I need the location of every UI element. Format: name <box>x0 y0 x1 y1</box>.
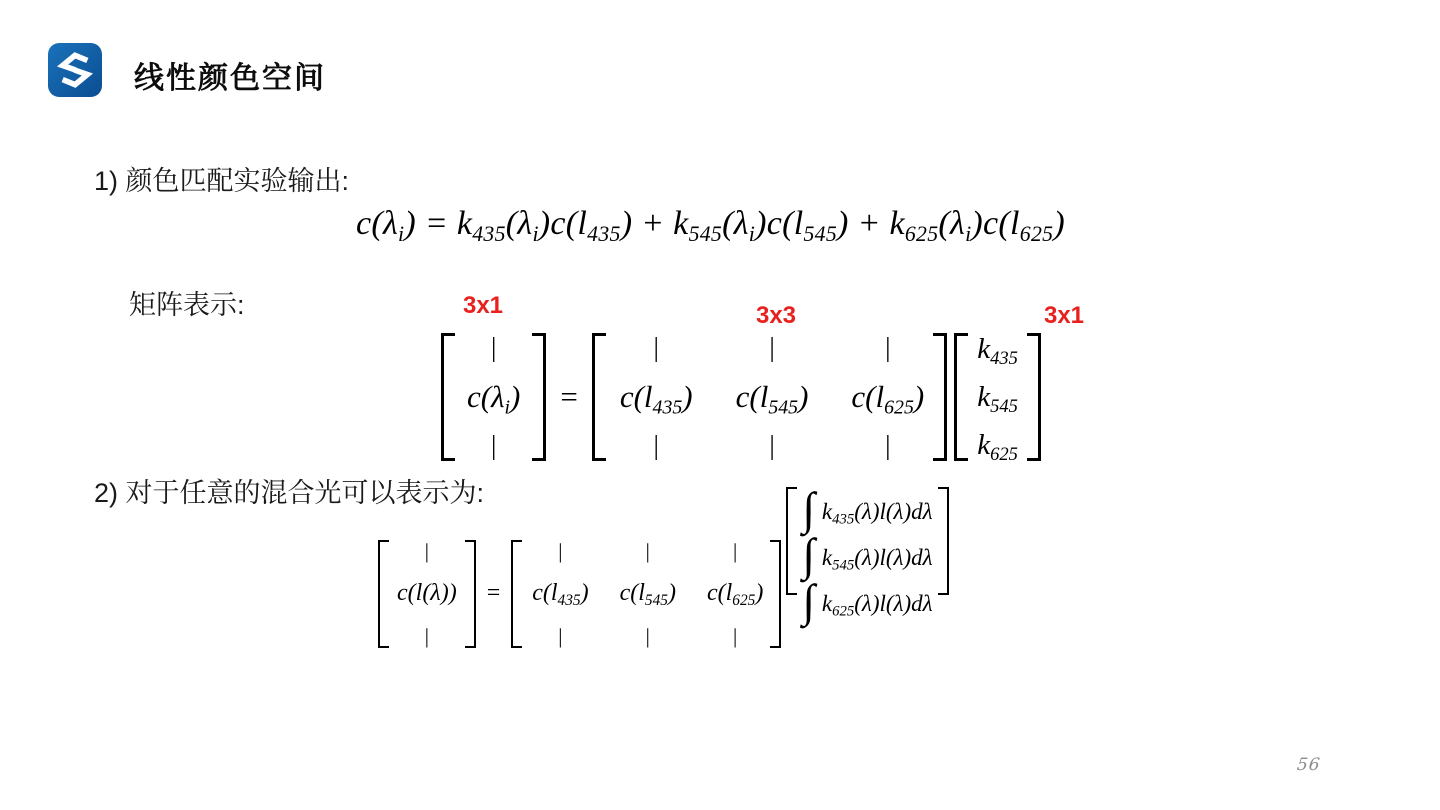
column-bar: | <box>769 435 774 457</box>
entry-text: ) <box>755 580 763 606</box>
integrand: k545(λ)l(λ)dλ <box>822 545 933 571</box>
page-number: 56 <box>1296 755 1322 775</box>
column-bar: | <box>654 435 659 457</box>
matrix-entry: c(l625) <box>851 379 924 415</box>
column-bar: | <box>491 435 496 457</box>
entry-sub: 435 <box>558 592 581 609</box>
formula-token: ) = k <box>404 205 472 242</box>
entry-text: ) <box>914 379 924 414</box>
formula-sub: 545 <box>689 222 723 246</box>
equals-sign: = <box>487 580 501 607</box>
column-bar: | <box>733 543 737 560</box>
slide: 线性颜色空间 1) 颜色匹配实验输出: c(λi) = k435(λi)c(l4… <box>0 0 1440 810</box>
column-bar: | <box>558 543 562 560</box>
entry-sub: 625 <box>990 444 1018 465</box>
formula-token: ) <box>1053 205 1065 242</box>
entry-text: k <box>977 333 990 365</box>
entry-text: ) <box>668 580 676 606</box>
formula-token: (λ <box>722 205 749 242</box>
entry-text: (λ)l(λ)dλ <box>854 545 932 570</box>
entry-text: k <box>822 591 832 616</box>
right-bracket <box>938 487 949 595</box>
matrix-equation-2: | c(l(λ)) | = | c(l435) | | c(l545) | <box>378 487 949 700</box>
left-bracket <box>511 540 522 648</box>
entry-text: ) <box>581 580 589 606</box>
entry-text: c(l <box>736 379 769 414</box>
formula-token: )c(l <box>539 205 587 242</box>
entry-text: (λ)l(λ)dλ <box>854 499 932 524</box>
entry-sub: 545 <box>645 592 668 609</box>
color-matching-formula: c(λi) = k435(λi)c(l435) + k545(λi)c(l545… <box>356 205 1065 243</box>
s-cube-logo-icon <box>48 43 102 97</box>
column-bar: | <box>769 337 774 359</box>
formula-sub: 625 <box>1020 222 1054 246</box>
column-bar: | <box>885 435 890 457</box>
column-bar: | <box>733 628 737 645</box>
entry-text: c(l <box>851 379 884 414</box>
entry-text: k <box>822 499 832 524</box>
matrix-column: | c(l545) | <box>736 337 809 457</box>
column-bar: | <box>491 337 496 359</box>
formula-token: ) + k <box>837 205 905 242</box>
matrix-entry: c(λi) <box>467 379 520 415</box>
lhs-vector: | c(λi) | <box>441 333 546 461</box>
matrix-entry: c(l435) <box>532 580 588 607</box>
k-vector: k435 k545 k625 <box>954 333 1041 461</box>
formula-sub: 435 <box>587 222 621 246</box>
left-bracket <box>441 333 455 461</box>
formula-sub: 545 <box>803 222 837 246</box>
lhs-vector: | c(l(λ)) | <box>378 540 476 648</box>
matrix-representation-label: 矩阵表示: <box>129 283 245 322</box>
right-bracket <box>1027 333 1041 461</box>
entry-sub: 625 <box>732 592 755 609</box>
matrix-column: | c(l625) | <box>707 543 763 645</box>
entry-text: c(l <box>620 379 653 414</box>
left-bracket <box>592 333 606 461</box>
left-bracket <box>378 540 389 648</box>
integral-row: ∫ k545(λ)l(λ)dλ <box>802 535 932 581</box>
primaries-matrix: | c(l435) | | c(l545) | | c(l625) | <box>592 333 947 461</box>
matrix-entry: c(l(λ)) <box>397 580 457 607</box>
integrand: k435(λ)l(λ)dλ <box>822 499 933 525</box>
page-title: 线性颜色空间 <box>134 53 326 97</box>
right-bracket <box>532 333 546 461</box>
matrix-entry: k435 <box>977 334 1018 364</box>
item-1-label: 1) 颜色匹配实验输出: <box>94 159 349 198</box>
matrix-entry: c(l435) <box>620 379 693 415</box>
formula-token: ) + k <box>621 205 689 242</box>
entry-sub: 545 <box>990 396 1018 417</box>
matrix-entry: k625 <box>977 430 1018 460</box>
formula-token: )c(l <box>971 205 1019 242</box>
column-bar: | <box>558 628 562 645</box>
column-bar: | <box>885 337 890 359</box>
matrix-column: | c(l545) | <box>620 543 676 645</box>
entry-text: k <box>977 381 990 413</box>
matrix-entry: c(l545) <box>736 379 809 415</box>
formula-token: )c(l <box>755 205 803 242</box>
matrix-entry: c(l545) <box>620 580 676 607</box>
formula-token: (λ <box>938 205 965 242</box>
column-bar: | <box>425 543 429 560</box>
column-bar: | <box>646 628 650 645</box>
matrix-column: | c(l435) | <box>532 543 588 645</box>
primaries-matrix: | c(l435) | | c(l545) | | c(l625) | <box>511 540 781 648</box>
entry-text: (λ)l(λ)dλ <box>854 591 932 616</box>
entry-sub: 545 <box>768 396 798 418</box>
formula-sub: 435 <box>472 222 506 246</box>
right-bracket <box>465 540 476 648</box>
entry-sub: 545 <box>832 558 854 574</box>
formula-token: (λ <box>506 205 533 242</box>
entry-sub: 435 <box>653 396 683 418</box>
integral-sign: ∫ <box>802 532 815 578</box>
integral-row: ∫ k435(λ)l(λ)dλ <box>802 489 932 535</box>
dim-label-3x1-left: 3x1 <box>463 292 503 320</box>
integral-sign: ∫ <box>802 486 815 532</box>
equals-sign: = <box>560 379 577 415</box>
entry-sub: 435 <box>990 348 1018 369</box>
entry-sub: 625 <box>884 396 914 418</box>
matrix-column: | c(l435) | <box>620 337 693 457</box>
entry-text: k <box>822 545 832 570</box>
right-bracket <box>770 540 781 648</box>
formula-sub: 625 <box>905 222 939 246</box>
column-bar: | <box>654 337 659 359</box>
matrix-entry: k545 <box>977 382 1018 412</box>
entry-text: c(l <box>532 580 557 606</box>
left-bracket <box>954 333 968 461</box>
entry-text: ) <box>798 379 808 414</box>
column-bar: | <box>425 628 429 645</box>
integral-vector: ∫ k435(λ)l(λ)dλ ∫ k545(λ)l(λ)dλ ∫ k625(λ… <box>786 487 948 595</box>
entry-sub: 625 <box>832 604 854 620</box>
right-bracket <box>933 333 947 461</box>
integral-row: ∫ k625(λ)l(λ)dλ <box>802 581 932 627</box>
dim-label-3x1-right: 3x1 <box>1044 302 1084 330</box>
entry-text: ) <box>510 379 520 414</box>
entry-text: c(λ <box>467 379 505 414</box>
matrix-equation-1: | c(λi) | = | c(l435) | | c(l545) | <box>441 333 1041 461</box>
entry-text: ) <box>682 379 692 414</box>
entry-text: c(l <box>620 580 645 606</box>
entry-text: k <box>977 429 990 461</box>
entry-text: c(l <box>707 580 732 606</box>
entry-sub: 435 <box>832 512 854 528</box>
integral-sign: ∫ <box>802 578 815 624</box>
formula-token: c(λ <box>356 205 398 242</box>
column-bar: | <box>646 543 650 560</box>
matrix-column: | c(l625) | <box>851 337 924 457</box>
matrix-entry: c(l625) <box>707 580 763 607</box>
left-bracket <box>786 487 797 595</box>
integrand: k625(λ)l(λ)dλ <box>822 591 933 617</box>
dim-label-3x3: 3x3 <box>756 302 796 330</box>
